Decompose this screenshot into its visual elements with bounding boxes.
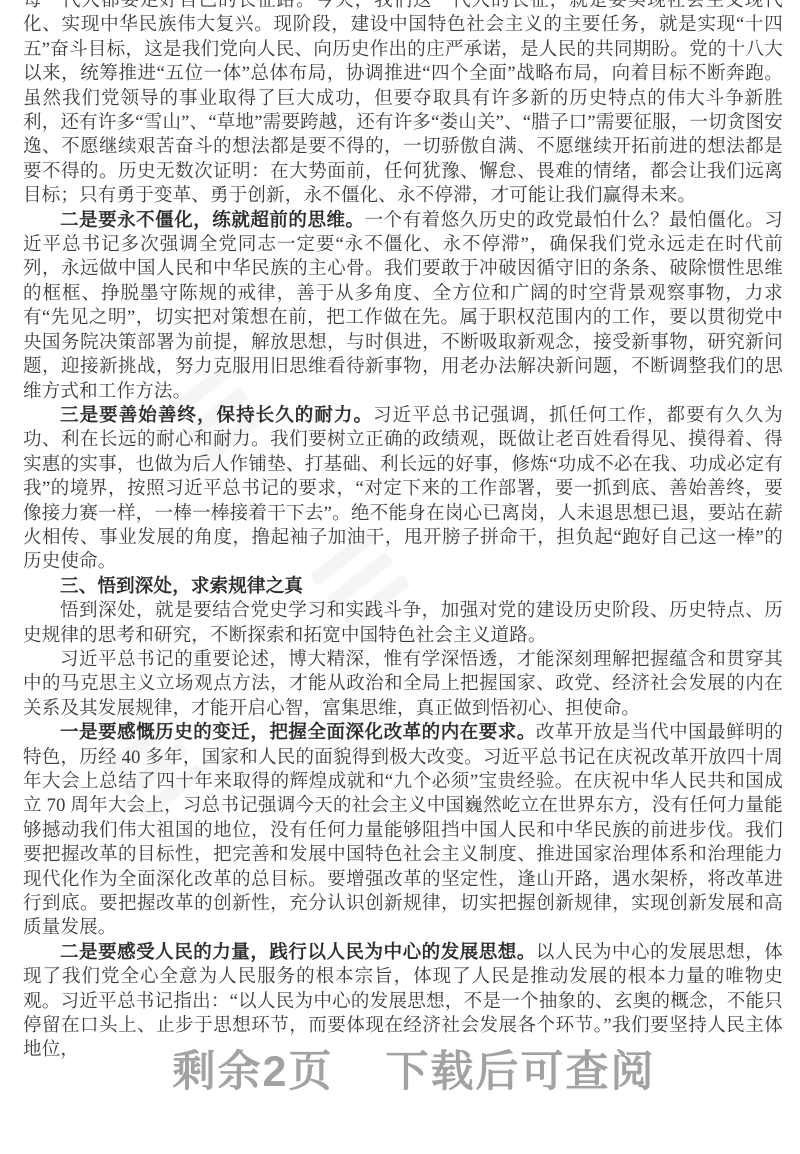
paragraph: 悟到深处，就是要结合党史学习和实践斗争，加强对党的建设历史阶段、历史特点、历史规…: [23, 599, 783, 648]
paragraph-lead: 三是要善始善终，保持长久的耐力。: [60, 406, 373, 426]
paragraph: 二是要感受人民的力量，践行以人民为中心的发展思想。以人民为中心的发展思想，体现了…: [23, 941, 783, 1063]
paragraph-continued: 每一代人都要走好自己的长征路。今天，我们这一代人的长征，就是要实现社会主义现代化…: [23, 0, 783, 209]
paragraph: 二是要永不僵化，练就超前的思维。一个有着悠久历史的政党最怕什么？最怕僵化。习近平…: [23, 209, 783, 404]
paragraph-text: 改革开放是当代中国最鲜明的特色，历经 40 多年，国家和人民的面貌得到极大改变。…: [23, 723, 783, 938]
paragraph-lead: 一是要感慨历史的变迁，把握全面深化改革的内在要求。: [60, 723, 536, 743]
remaining-pages-banner: 剩余2页下载后可查阅: [14, 1048, 800, 1096]
remaining-pages-text: 剩余2页: [173, 1048, 334, 1096]
section-heading-text: 三、悟到深处，求索规律之真: [60, 577, 303, 597]
paragraph: 一是要感慨历史的变迁，把握全面深化改革的内在要求。改革开放是当代中国最鲜明的特色…: [23, 721, 783, 941]
paragraph-text: 习近平总书记的重要论述，博大精深，惟有学深悟透，才能深刻理解把握蕴含和贯穿其中的…: [23, 650, 783, 719]
paragraph-lead: 二是要感受人民的力量，践行以人民为中心的发展思想。: [60, 943, 536, 963]
document-page: 每一代人都要走好自己的长征路。今天，我们这一代人的长征，就是要实现社会主义现代化…: [0, 0, 800, 1154]
paragraph-text: 每一代人都要走好自己的长征路。今天，我们这一代人的长征，就是要实现社会主义现代化…: [23, 0, 783, 206]
paragraph-text: 习近平总书记强调，抓任何工作，都要有久久为功、利在长远的耐心和耐力。我们要树立正…: [23, 406, 783, 572]
download-notice-text: 下载后可查阅: [385, 1048, 655, 1096]
document-text: 每一代人都要走好自己的长征路。今天，我们这一代人的长征，就是要实现社会主义现代化…: [23, 0, 783, 1063]
paragraph: 三是要善始善终，保持长久的耐力。习近平总书记强调，抓任何工作，都要有久久为功、利…: [23, 404, 783, 575]
section-heading: 三、悟到深处，求索规律之真: [23, 575, 783, 599]
paragraph: 习近平总书记的重要论述，博大精深，惟有学深悟透，才能深刻理解把握蕴含和贯穿其中的…: [23, 648, 783, 721]
paragraph-lead: 二是要永不僵化，练就超前的思维。: [60, 211, 365, 231]
paragraph-text: 悟到深处，就是要结合党史学习和实践斗争，加强对党的建设历史阶段、历史特点、历史规…: [23, 601, 783, 645]
paragraph-text: 一个有着悠久历史的政党最怕什么？最怕僵化。习近平总书记多次强调全党同志一定要“永…: [23, 211, 783, 402]
